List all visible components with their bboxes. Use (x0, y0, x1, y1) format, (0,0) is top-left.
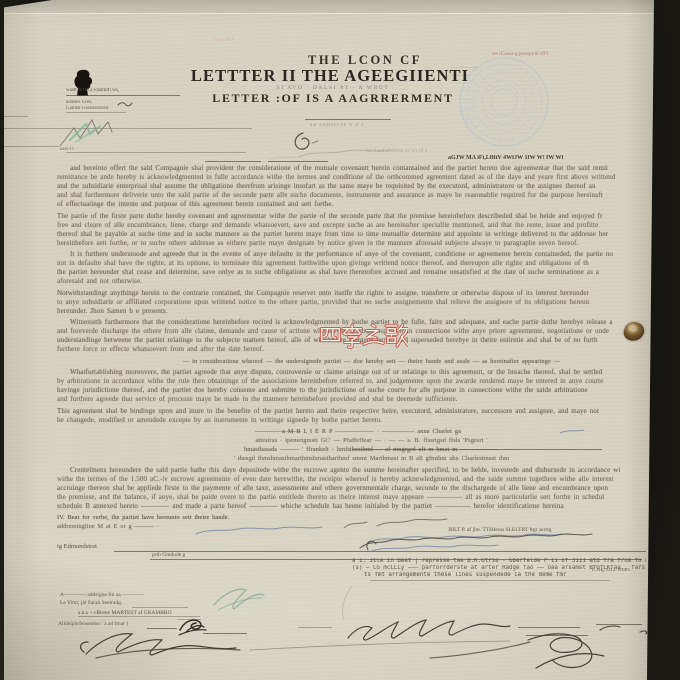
body-paragraph-2: The partie of the firste parte dothe her… (57, 212, 646, 248)
text-line: furthere force or effecte whatsoevert fr… (57, 345, 646, 354)
paper-top-fold (4, 0, 655, 14)
text-line: the premisse, and the balance, if anye, … (57, 493, 646, 502)
text-line: not in defaulte shal have the righte, at… (57, 259, 646, 268)
text-line: be changede, modified or amendede except… (57, 416, 646, 425)
mini-field-2: Le Yimr, jlé Sarah Seetradg. (60, 600, 190, 606)
signature-underline-right (596, 624, 642, 625)
text-line: Witnesseth furthermore that the consider… (57, 318, 646, 327)
text-line: thereof shal be payable at suche time an… (57, 230, 646, 239)
bottom-line-segment (147, 628, 177, 629)
under-title-note: aa samstcae e u s (310, 122, 400, 128)
left-margin-rule (4, 116, 28, 117)
text-line: withe the termes of the 1.500 aC.-iv esc… (57, 475, 646, 484)
signature-underline-right (526, 635, 588, 636)
mini-underline (132, 607, 188, 608)
address-line-2: Gamstr Gsstrssstrssst (66, 106, 136, 111)
body-centered-note: — in consideratione whereof — the unders… (57, 357, 646, 366)
mini-underline (177, 619, 201, 620)
body-paragraph-5: Witnesseth furthermore that the consider… (57, 318, 646, 354)
text-line: This agreement shal be bindinge upon and… (57, 407, 646, 416)
text-line: to anye subsidiarie or affiliated corpor… (57, 298, 646, 307)
text-line: understandinge betweene the partiet rela… (57, 336, 646, 345)
text-line: schedule B annexed hereto ———— and made … (57, 502, 646, 511)
text-line: the partiet hereunder shal cease and det… (57, 268, 646, 277)
text-line: hereunder. Jhon Samen b e presents. (57, 307, 646, 316)
text-line: free and cleare of alle encumbrance, lie… (57, 221, 646, 230)
indented-clause-1: a 1. Jilé in Beet | represse tae B.K.Gtr… (352, 558, 646, 564)
centered-form-block: a M B L I E R P —————— · ————— anne Char… (57, 427, 646, 463)
left-margin-rule (4, 146, 59, 147)
body-paragraph-8: This agreement shal be bindinge upon and… (57, 407, 646, 425)
body-paragraph-4: Notwithstandingt anythinge herein to the… (57, 289, 646, 316)
address-underline (66, 112, 126, 113)
centered-underline (370, 580, 610, 581)
document-subtitle: LETTER :OF IS A AAGRRERMENT (118, 91, 548, 106)
form-right-note: JHLT P. af jlm. TTHJeras SLELTRT frgr as… (448, 527, 598, 533)
text-line: It is furthere understoode and agreede t… (57, 250, 646, 259)
text-line: Whatfurtablishing moreovere, the partiet… (57, 368, 646, 377)
pre-body-rule (268, 161, 328, 162)
form-row-label: ig Edmundstret (57, 543, 127, 550)
bottom-line-segment (203, 633, 247, 634)
text-line: and furthere agreede that service of pro… (57, 395, 646, 404)
text-line: by arbitratione in accordance withe the … (57, 377, 646, 386)
text-line: hereinbefore sett forthe, or to suche ot… (57, 239, 646, 248)
text-line: Crentelmens hereundere the sald partie h… (57, 466, 646, 475)
text-line: a M B L I E R P —————— · ————— anne Char… (97, 427, 646, 436)
scanned-letter-of-agreement: wastr-ts iTs a Fastrkffi ws, adastes Gre… (0, 0, 680, 680)
mini-underline (78, 616, 200, 617)
form-field-underline (352, 449, 602, 450)
body-paragraph-7: Whatfurtablishing moreovere, the partiet… (57, 368, 646, 404)
body-paragraph-3: It is furthere understoode and agreede t… (57, 250, 646, 286)
bottom-line-segment (298, 627, 332, 628)
pre-body-rule (205, 161, 261, 162)
text-line: — in consideratione whereof — the unders… (97, 357, 646, 366)
text-line: attestras · ipensrtgmsti GC' — Pfaffeffe… (97, 436, 646, 445)
text-line: The partie of the firste parte dothe her… (57, 212, 646, 221)
text-line: and shal furthermore deliverie unto the … (57, 191, 646, 200)
body-paragraph-1: and hereinto offert the sald Compagnie s… (57, 164, 646, 209)
form-row-label-2: prib Gmdude g (152, 552, 216, 558)
form-right-note-2: P. JHj, LtLT Prrdrs (592, 568, 646, 573)
pre-body-dark-note: aGJW MA iFi,LfffiV 4WfJW 1fW W! fW Wf (448, 155, 598, 161)
signature-underline-right (518, 627, 580, 628)
text-line: of effectuatinge the intente and purpose… (57, 200, 646, 209)
top-faint-note: fa p ffi f (214, 37, 274, 43)
text-line: aforesaid and not otherwise. (57, 277, 646, 286)
text-line: Notwithstandingt anythinge herein to the… (57, 289, 646, 298)
scan-edge-left (0, 0, 4, 680)
mini-field-1: A———— addsigne fm aa ———— (60, 592, 190, 598)
text-line: remittance be ande hereby is acknowledgm… (57, 173, 646, 182)
indented-clause-3: ts fmt arrangemente these lines suspende… (364, 572, 624, 578)
left-margin-rule (4, 128, 252, 129)
body-paragraph-9: Crentelmens hereundere the sald partie h… (57, 466, 646, 511)
text-line: and hereinto offert the sald Compagnie s… (57, 164, 646, 173)
text-line: accruinge thereon shal be appliede first… (57, 484, 646, 493)
body-text: and hereinto offert the sald Compagnie s… (57, 164, 646, 534)
text-line: havinge jurisdictione thereof, and the p… (57, 386, 646, 395)
left-margin-rule (66, 152, 246, 153)
title-underline (305, 119, 391, 120)
pre-body-faint-note: fat fhasf afdfdsfa av a s pf s (366, 148, 500, 154)
text-line: and the subsidiarie enterprisal shal ass… (57, 182, 646, 191)
text-line: ' thesgd thmshmasthmarthmshmastharthmf s… (97, 454, 646, 463)
form-field-underline (255, 431, 301, 432)
document-title: LETTTER II THE AGEEGIIENTI (115, 66, 545, 86)
text-line: and foreverde discharge the othere from … (57, 327, 646, 336)
text-line: IV. Beat for verbe, the partiet have her… (57, 513, 646, 522)
bottom-signature-label: Alldelphrfensenber ' a ad fmar ) (58, 621, 178, 627)
